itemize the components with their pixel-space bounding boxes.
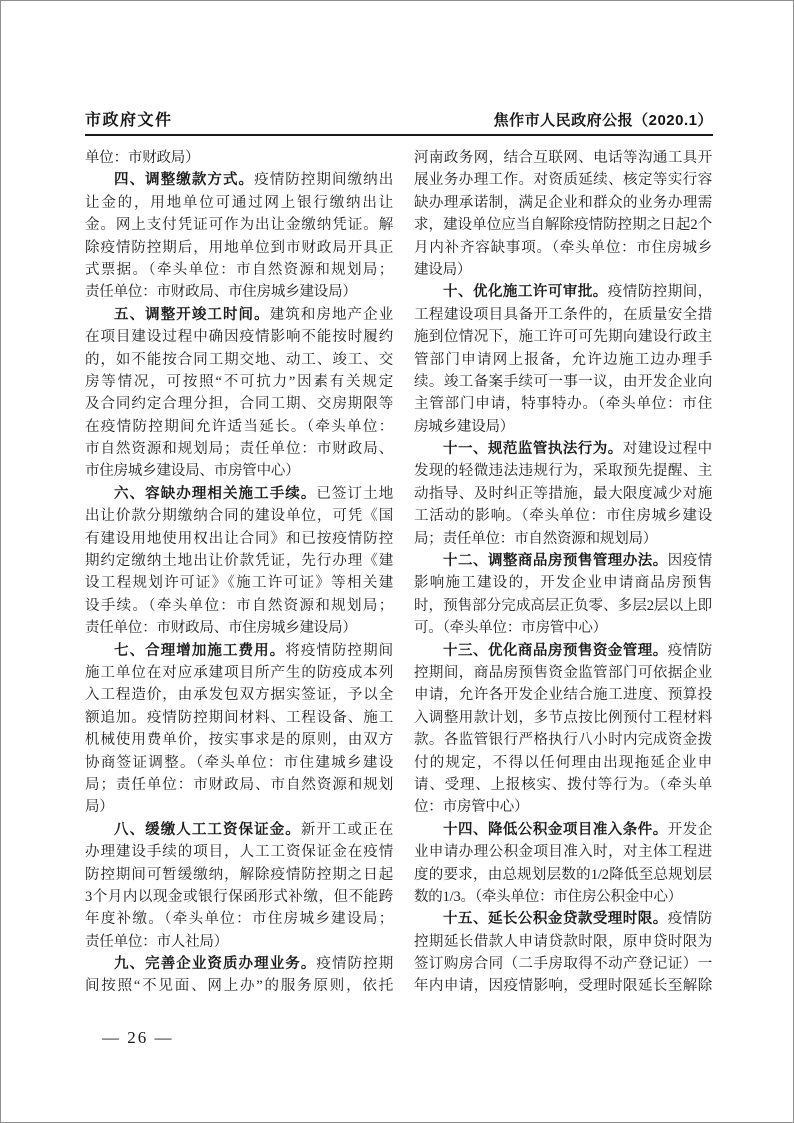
paragraph-lead: 十三、优化商品房预售资金管理。 — [443, 643, 668, 659]
header-section-title: 市政府文件 — [85, 107, 173, 130]
text-line: 责任单位：市财政局、市住房城乡建设局） — [85, 617, 393, 639]
text-line: 影响施工建设的，开发企业申请商品房预售 — [414, 572, 712, 594]
text-line: 市自然资源和规划局；责任单位：市财政局、 — [85, 438, 393, 460]
text-line: 动指导、及时纠正等措施，最大限度减少对施 — [414, 483, 712, 505]
paragraph-lead: 十、优化施工许可审批。 — [443, 284, 608, 300]
paragraph-lead: 五、调整开竣工时间。 — [114, 307, 270, 323]
text-line: 在项目建设过程中确因疫情影响不能按时履约 — [85, 326, 393, 348]
text-line: 七、合理增加施工费用。将疫情防控期间 — [85, 640, 393, 662]
text-line: 签订购房合同（二手房取得不动产登记证）一 — [414, 953, 712, 975]
text-line: 让金的，用地单位可通过网上银行缴纳出让 — [85, 192, 393, 214]
text-line: 及合同约定合理分担，合同工期、交房期限等 — [85, 393, 393, 415]
text-line: 式票据。（牵头单位：市自然资源和规划局； — [85, 259, 393, 281]
text-line: 设手续。（牵头单位：市自然资源和规划局； — [85, 595, 393, 617]
text-line: 在疫情防控期间允许适当延长。（牵头单位： — [85, 416, 393, 438]
text-line: 付的规定，不得以任何理由出现拖延企业申 — [414, 752, 712, 774]
text-line: 间按照“不见面、网上办”的服务原则，依托 — [85, 975, 393, 997]
text-line: 额追加。疫情防控期间材料、工程设备、施工 — [85, 707, 393, 729]
text-line: 防控期间可暂缓缴纳，解除疫情防控期之日起 — [85, 864, 393, 886]
text-line: 局；责任单位：市财政局、市自然资源和规划 — [85, 774, 393, 796]
text-line: 金。网上支付凭证可作为出让金缴纳凭证。解 — [85, 214, 393, 236]
text-line: 六、容缺办理相关施工手续。已签订土地 — [85, 483, 393, 505]
paragraph-lead: 四、调整缴款方式。 — [114, 172, 254, 188]
text-line: 月内补齐容缺事项。（牵头单位：市住房城乡 — [414, 237, 712, 259]
text-line: 业申请办理公积金项目准入时，对主体工程进 — [414, 841, 712, 863]
text-line: 除疫情防控期后，用地单位到市财政局开具正 — [85, 237, 393, 259]
text-line: 入调整用款计划，多节点按比例预付工程材料 — [414, 707, 712, 729]
text-line: 管部门申请网上报备，允许边施工边办理手 — [414, 349, 712, 371]
text-line: 机械使用费单价，按实事求是的原则，由双方 — [85, 729, 393, 751]
text-line: 展业务办理工作。对资质延续、核定等实行容 — [414, 169, 712, 191]
text-line: 发现的轻微违法违规行为，采取预先提醒、主 — [414, 460, 712, 482]
text-line: 施工单位在对应承建项目所产生的防疫成本列 — [85, 662, 393, 684]
text-line: 出让价款分期缴纳合同的建设单位，可凭《国 — [85, 505, 393, 527]
paragraph-lead: 十二、调整商品房预售管理办法。 — [443, 553, 668, 569]
text-line: 四、调整缴款方式。疫情防控期间缴纳出 — [85, 169, 393, 191]
text-line: 十五、延长公积金贷款受理时限。疫情防 — [414, 908, 712, 930]
text-line: 控期间，商品房预售资金监管部门可依据企业 — [414, 662, 712, 684]
text-line: 款。各监管银行严格执行八小时内完成资金拨 — [414, 729, 712, 751]
text-line: 房城乡建设局） — [414, 416, 712, 438]
text-line: 续。竣工备案手续可一事一议，由开发企业向 — [414, 371, 712, 393]
text-line: 度的要求，由总规划层数的1/2降低至总规划层 — [414, 864, 712, 886]
text-line: 缺办理承诺制，满足企业和群众的业务办理需 — [414, 192, 712, 214]
text-line: 十四、降低公积金项目准入条件。开发企 — [414, 819, 712, 841]
paragraph-lead: 七、合理增加施工费用。 — [114, 643, 285, 659]
text-line: 局；责任单位：市自然资源和规划局） — [414, 528, 712, 550]
right-column: 河南政务网，结合互联网、电话等沟通工具开展业务办理工作。对资质延续、核定等实行容… — [414, 147, 712, 998]
header-rule — [85, 134, 713, 136]
text-line: 年度补缴。（牵头单位：市住房城乡建设局； — [85, 908, 393, 930]
text-line: 数的1/3。（牵头单位：市住房公积金中心） — [414, 886, 712, 908]
header-gazette-title: 焦作市人民政府公报（2020.1） — [494, 109, 713, 130]
text-line: 河南政务网，结合互联网、电话等沟通工具开 — [414, 147, 712, 169]
text-line: 申请，允许各开发企业结合施工进度、预算投 — [414, 684, 712, 706]
paragraph-lead: 十四、降低公积金项目准入条件。 — [443, 822, 668, 838]
text-line: 控期延长借款人申请贷款时限，原申贷时限为 — [414, 931, 712, 953]
paragraph-lead: 九、完善企业资质办理业务。 — [114, 956, 316, 972]
text-line: 时，预售部分完成高层正负零、多层2层以上即 — [414, 595, 712, 617]
text-line: 协商签证调整。（牵头单位：市住建城乡建设 — [85, 752, 393, 774]
text-line: 3个月内以现金或银行保函形式补缴，但不能跨 — [85, 886, 393, 908]
text-line: 十二、调整商品房预售管理办法。因疫情 — [414, 550, 712, 572]
text-line: 请、受理、上报核实、拨付等行为。（牵头单 — [414, 774, 712, 796]
page-header: 市政府文件 焦作市人民政府公报（2020.1） — [85, 107, 713, 130]
text-line: 五、调整开竣工时间。建筑和房地产企业 — [85, 304, 393, 326]
text-line: 十一、规范监管执法行为。对建设过程中 — [414, 438, 712, 460]
text-line: 可。（牵头单位：市房管中心） — [414, 617, 712, 639]
text-line: 责任单位：市人社局） — [85, 931, 393, 953]
text-line: 的，如不能按合同工期交地、动工、竣工、交 — [85, 349, 393, 371]
text-line: 期约定缴纳土地出让价款凭证，先行办理《建 — [85, 550, 393, 572]
text-line: 八、缓缴人工工资保证金。新开工或正在 — [85, 819, 393, 841]
text-line: 位：市房管中心） — [414, 796, 712, 818]
text-line: 办理建设手续的项目，人工工资保证金在疫情 — [85, 841, 393, 863]
text-line: 主管部门申请，特事特办。（牵头单位：市住 — [414, 393, 712, 415]
paragraph-lead: 十五、延长公积金贷款受理时限。 — [443, 911, 668, 927]
text-line: 局） — [85, 796, 393, 818]
text-line: 九、完善企业资质办理业务。疫情防控期 — [85, 953, 393, 975]
text-line: 有建设用地使用权出让合同》和已按疫情防控 — [85, 528, 393, 550]
page-number: — 26 — — [102, 1028, 174, 1048]
text-line: 责任单位：市财政局、市住房城乡建设局） — [85, 281, 393, 303]
text-line: 房等情况，可按照“不可抗力”因素有关规定 — [85, 371, 393, 393]
text-line: 单位：市财政局） — [85, 147, 393, 169]
paragraph-lead: 十一、规范监管执法行为。 — [443, 441, 623, 457]
text-line: 工程建设项目具备开工条件的，在质量安全措 — [414, 304, 712, 326]
text-line: 建设局） — [414, 259, 712, 281]
text-line: 求，建设单位应当自解除疫情防控期之日起2个 — [414, 214, 712, 236]
text-line: 十三、优化商品房预售资金管理。疫情防 — [414, 640, 712, 662]
text-line: 设工程规划许可证》《施工许可证》等相关建 — [85, 572, 393, 594]
text-line: 十、优化施工许可审批。疫情防控期间， — [414, 281, 712, 303]
paragraph-lead: 六、容缺办理相关施工手续。 — [114, 486, 316, 502]
paragraph-lead: 八、缓缴人工工资保证金。 — [114, 822, 301, 838]
text-line: 市住房城乡建设局、市房管中心） — [85, 460, 393, 482]
text-line: 入工程造价，由承发包双方据实签证，予以全 — [85, 684, 393, 706]
text-line: 施到位情况下，施工许可可先期向建设行政主 — [414, 326, 712, 348]
text-line: 年内申请，因疫情影响，受理时限延长至解除 — [414, 975, 712, 997]
text-line: 工活动的影响。（牵头单位：市住房城乡建设 — [414, 505, 712, 527]
left-column: 单位：市财政局）四、调整缴款方式。疫情防控期间缴纳出让金的，用地单位可通过网上银… — [85, 147, 393, 998]
